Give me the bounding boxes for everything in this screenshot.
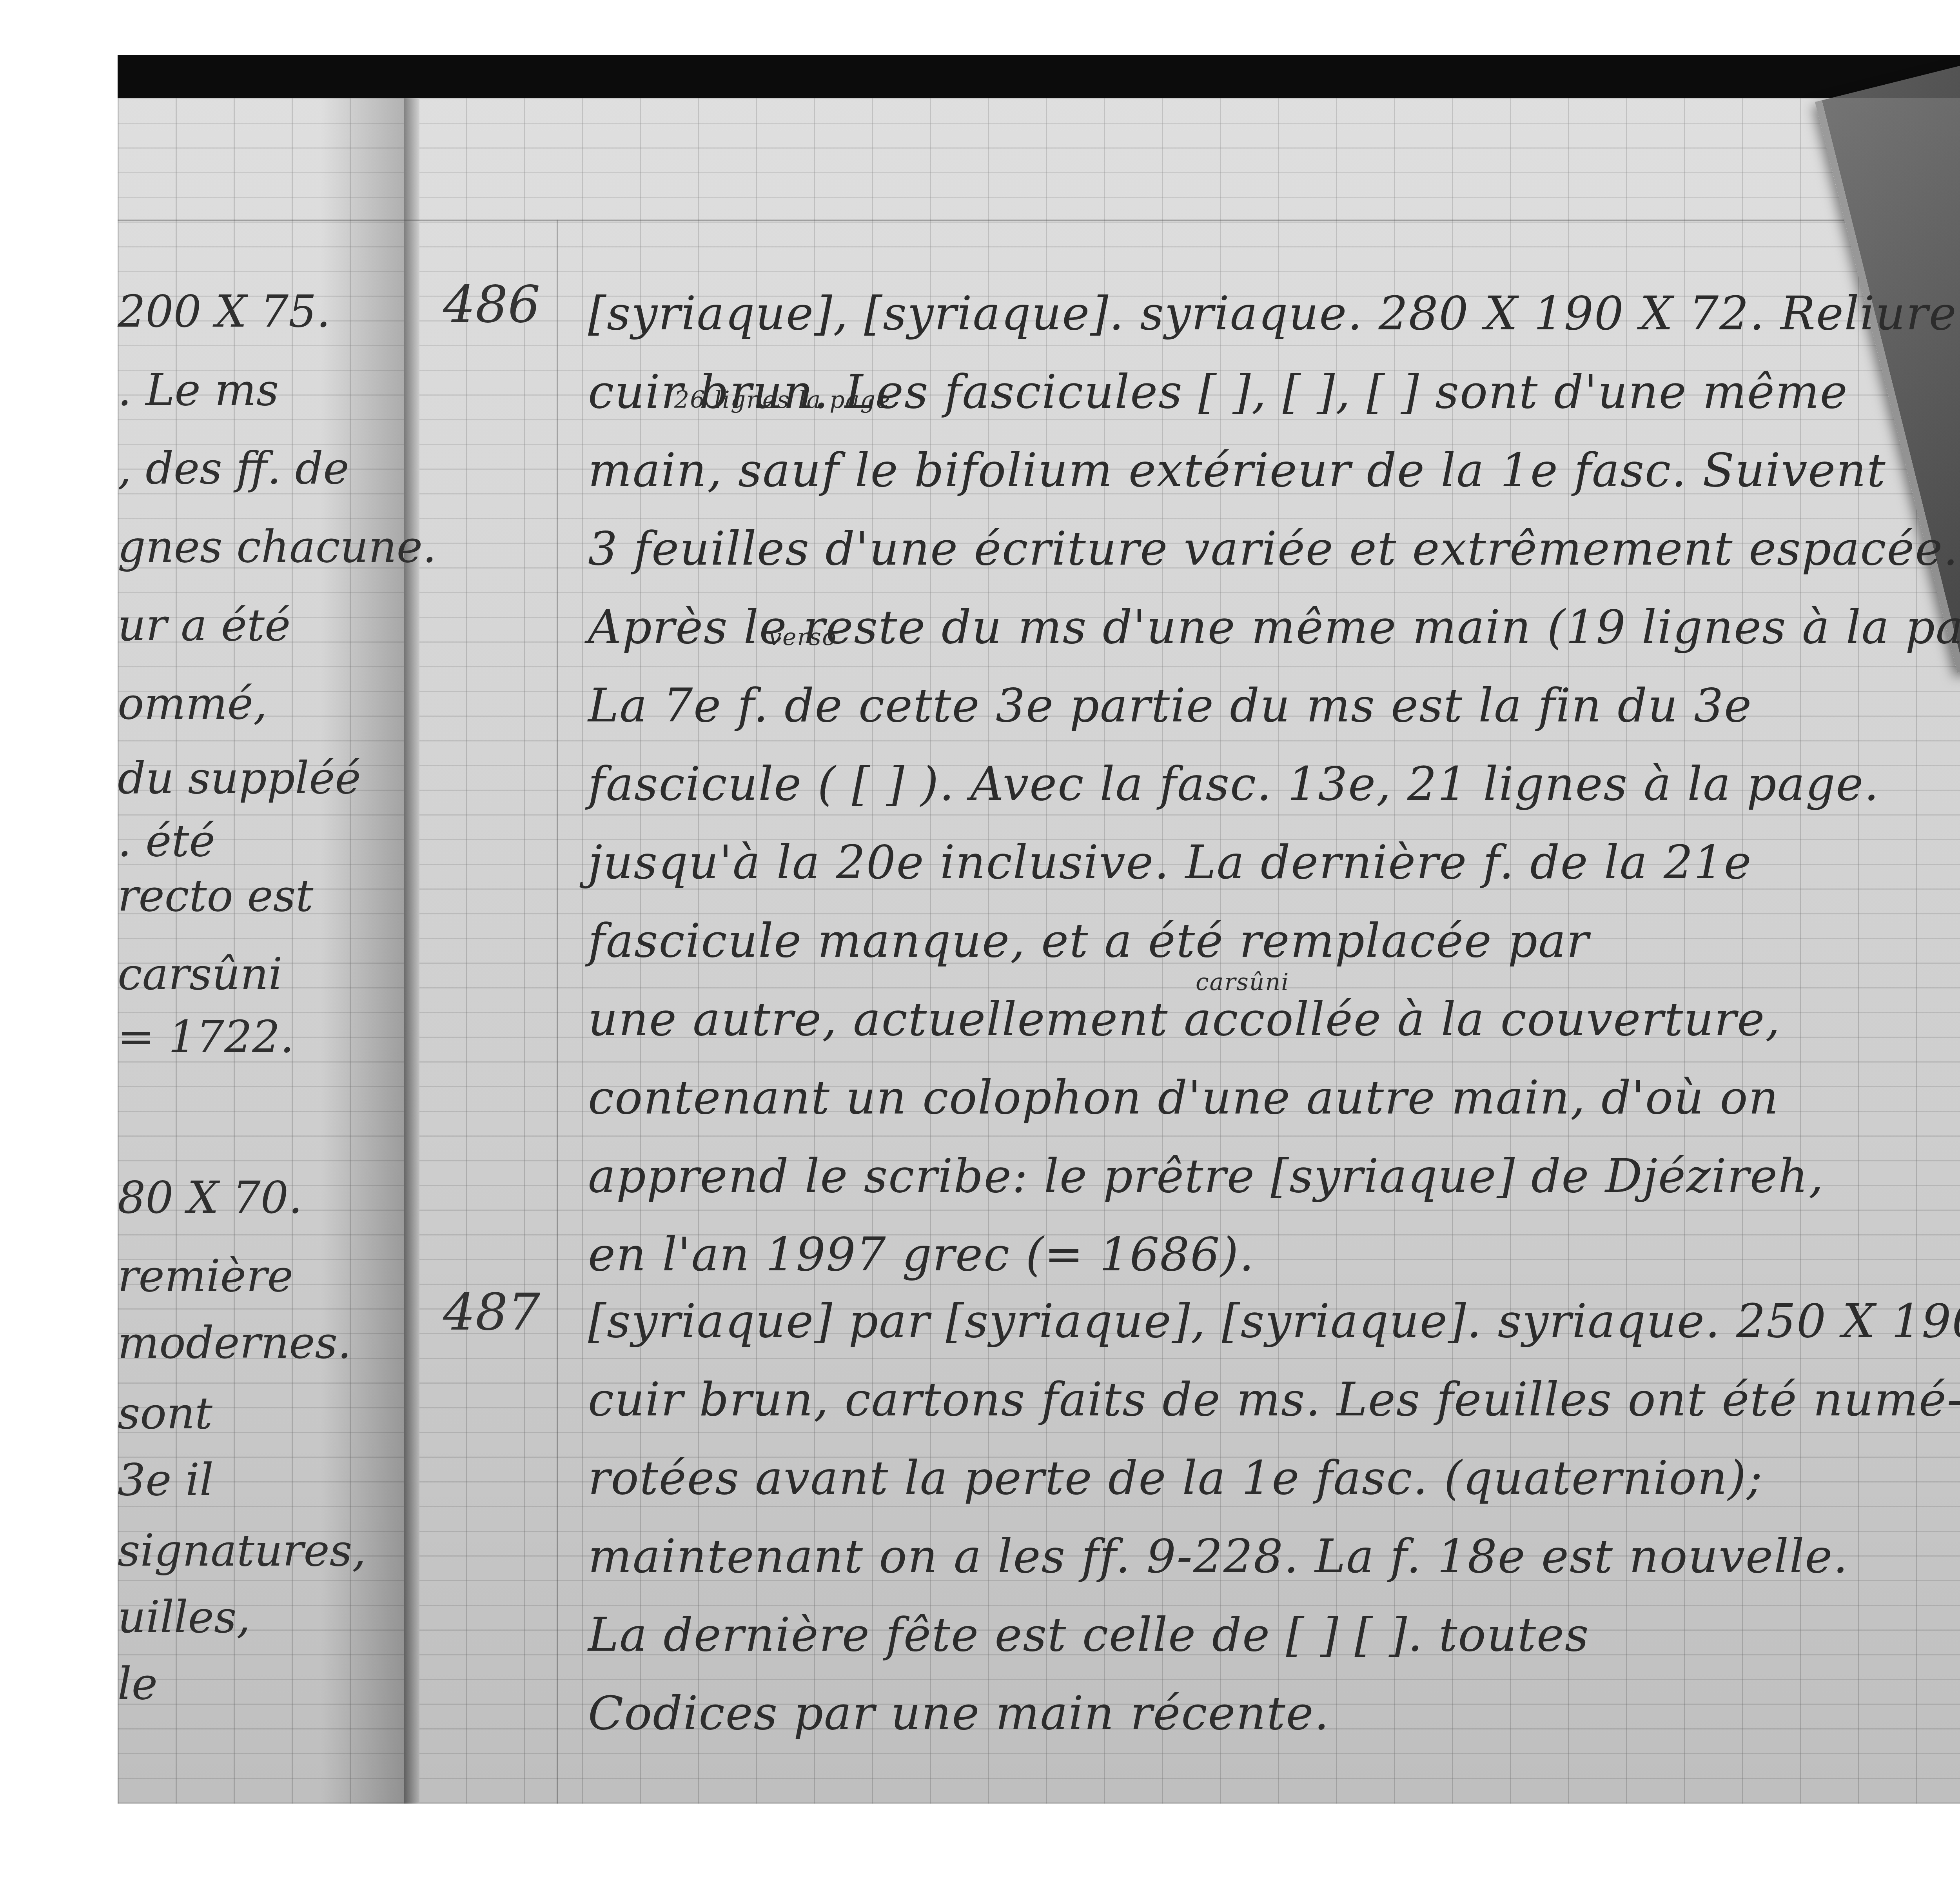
- handwritten-line: main, sauf le bifolium extérieur de la 1…: [588, 443, 1886, 497]
- handwritten-line: La dernière fête est celle de [ ] [ ]. t…: [588, 1608, 1589, 1662]
- left-page-fragment: . été: [118, 816, 215, 867]
- handwritten-line: rotées avant la perte de la 1e fasc. (qu…: [588, 1451, 1763, 1505]
- handwritten-line: [syriaque] par [syriaque], [syriaque]. s…: [588, 1294, 1960, 1348]
- interlinear-note-verso: verso: [768, 623, 837, 651]
- notebook-gutter: [404, 98, 419, 1804]
- left-page-fragment: ur a été: [118, 600, 290, 651]
- left-page-fragment: remière: [118, 1251, 293, 1302]
- handwritten-line: Codices par une main récente.: [588, 1686, 1330, 1740]
- handwritten-line: contenant un colophon d'une autre main, …: [588, 1070, 1779, 1124]
- left-page-fragment: carsûni: [118, 949, 283, 1000]
- handwritten-line: en l'an 1997 grec (= 1686).: [588, 1227, 1255, 1281]
- left-page-fragment: . Le ms: [118, 365, 279, 416]
- left-page-fragment: sont: [118, 1388, 212, 1439]
- handwritten-line: fascicule manque, et a été remplacée par: [588, 914, 1590, 968]
- left-page-fragment: recto est: [118, 870, 313, 921]
- handwritten-line: apprend le scribe: le prêtre [syriaque] …: [588, 1149, 1824, 1203]
- left-page-fragment: gnes chacune.: [118, 521, 437, 572]
- handwritten-line: fascicule ( [ ] ). Avec la fasc. 13e, 21…: [588, 757, 1880, 811]
- interlinear-note-lines: 26 lignes la page: [674, 386, 891, 414]
- margin-rule-line: [557, 220, 558, 1804]
- handwritten-line: 3 feuilles d'une écriture variée et extr…: [588, 521, 1959, 576]
- left-page-fragment: signatures,: [118, 1525, 366, 1576]
- entry-number-486: 486: [443, 274, 540, 334]
- handwritten-line: [syriaque], [syriaque]. syriaque. 280 X …: [588, 286, 1960, 340]
- handwritten-line: cuir brun, cartons faits de ms. Les feui…: [588, 1372, 1960, 1426]
- left-page-fragment: = 1722.: [118, 1012, 294, 1063]
- handwritten-line: La 7e f. de cette 3e partie du ms est la…: [588, 678, 1752, 732]
- black-top-band: [118, 55, 1960, 98]
- left-page-fragment: modernes.: [118, 1317, 352, 1368]
- left-page-fragment: 200 X 75.: [118, 286, 330, 337]
- left-page-fragment: du suppléé: [118, 753, 361, 804]
- header-rule-line: [118, 220, 1960, 221]
- left-page-fragment: uilles,: [118, 1592, 250, 1643]
- handwritten-line: une autre, actuellement accollée à la co…: [588, 992, 1781, 1046]
- handwritten-line: maintenant on a les ff. 9-228. La f. 18e…: [588, 1529, 1849, 1583]
- left-page-fragment: 80 X 70.: [118, 1172, 303, 1223]
- entry-number-487: 487: [443, 1282, 540, 1342]
- left-page-fragment: le: [118, 1659, 158, 1709]
- left-page-fragment: 3e il: [118, 1455, 214, 1506]
- left-page-fragment: , des ff. de: [118, 443, 349, 494]
- left-page-fragment: ommé,: [118, 678, 267, 729]
- handwritten-line: jusqu'à la 20e inclusive. La dernière f.…: [588, 835, 1752, 889]
- interlinear-note-carsuni: carsûni: [1196, 968, 1289, 996]
